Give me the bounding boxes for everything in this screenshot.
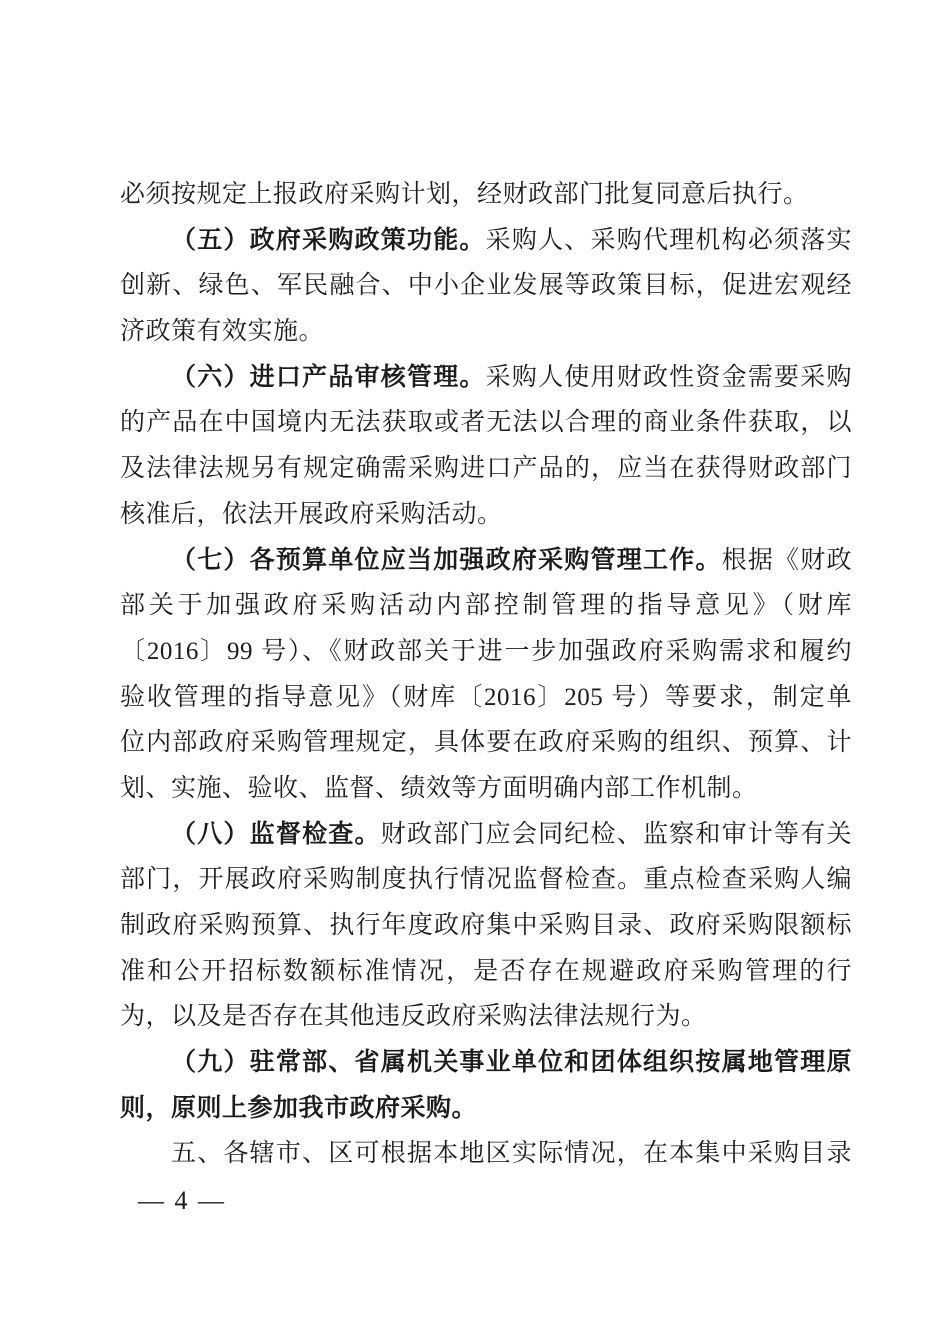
text-line: 为，以及是否存在其他违反政府采购法律法规行为。	[120, 994, 852, 1040]
text-line: 制政府采购预算、执行年度政府集中采购目录、政府采购限额标	[120, 903, 852, 949]
line-text: 济政策有效实施。	[120, 318, 324, 345]
text-line: 部门，开展政府采购制度执行情况监督检查。重点检查采购人编	[120, 857, 852, 903]
text-line: 验收管理的指导意见》（财库〔2016〕205 号）等要求，制定单	[120, 675, 852, 721]
paragraph-head: 则，原则上参加我市政府采购。	[120, 1095, 477, 1122]
line-text: 准和公开招标数额标准情况，是否存在规避政府采购管理的行	[120, 958, 852, 985]
text-line: 的产品在中国境内无法获取或者无法以合理的商业条件获取，以	[120, 400, 852, 446]
line-text: 核准后，依法开展政府采购活动。	[120, 501, 503, 528]
line-text: 创新、绿色、军民融合、中小企业发展等政策目标，促进宏观经	[120, 272, 852, 299]
line-text: 部门，开展政府采购制度执行情况监督检查。重点检查采购人编	[120, 866, 852, 893]
text-line: （七）各预算单位应当加强政府采购管理工作。根据《财政	[120, 538, 852, 584]
page-number: — 4 —	[138, 1186, 226, 1216]
line-text: 制政府采购预算、执行年度政府集中采购目录、政府采购限额标	[120, 912, 852, 939]
paragraph-head: （六）进口产品审核管理。	[171, 364, 486, 391]
text-line: 五、各辖市、区可根据本地区实际情况，在本集中采购目录	[120, 1131, 852, 1177]
text-line: （六）进口产品审核管理。采购人使用财政性资金需要采购	[120, 355, 852, 401]
text-line: 创新、绿色、军民融合、中小企业发展等政策目标，促进宏观经	[120, 263, 852, 309]
line-text: 必须按规定上报政府采购计划，经财政部门批复同意后执行。	[120, 181, 809, 208]
text-line: （八）监督检查。财政部门应会同纪检、监察和审计等有关	[120, 812, 852, 858]
line-text: 采购人、采购代理机构必须落实	[486, 227, 852, 254]
text-line: 济政策有效实施。	[120, 309, 852, 355]
text-line: 必须按规定上报政府采购计划，经财政部门批复同意后执行。	[120, 172, 852, 218]
text-line: 部关于加强政府采购活动内部控制管理的指导意见》（财库	[120, 583, 852, 629]
text-line: （五）政府采购政策功能。采购人、采购代理机构必须落实	[120, 218, 852, 264]
document-body: 必须按规定上报政府采购计划，经财政部门批复同意后执行。 （五）政府采购政策功能。…	[120, 172, 852, 1177]
text-line: 划、实施、验收、监督、绩效等方面明确内部工作机制。	[120, 766, 852, 812]
text-line: 及法律法规另有规定确需采购进口产品的，应当在获得财政部门	[120, 446, 852, 492]
line-text: 五、各辖市、区可根据本地区实际情况，在本集中采购目录	[171, 1140, 852, 1167]
line-text: 〔2016〕99 号）、《财政部关于进一步加强政府采购需求和履约	[120, 638, 852, 665]
paragraph-head: （八）监督检查。	[171, 821, 381, 848]
paragraph-head: （七）各预算单位应当加强政府采购管理工作。	[171, 547, 722, 574]
line-text: 及法律法规另有规定确需采购进口产品的，应当在获得财政部门	[120, 455, 852, 482]
paragraph-head: （九）驻常部、省属机关事业单位和团体组织按属地管理原	[171, 1049, 852, 1076]
paragraph-head: （五）政府采购政策功能。	[171, 227, 486, 254]
line-text: 划、实施、验收、监督、绩效等方面明确内部工作机制。	[120, 775, 758, 802]
text-line: （九）驻常部、省属机关事业单位和团体组织按属地管理原	[120, 1040, 852, 1086]
line-text: 采购人使用财政性资金需要采购	[486, 364, 852, 391]
line-text: 为，以及是否存在其他违反政府采购法律法规行为。	[120, 1003, 707, 1030]
text-line: 位内部政府采购管理规定，具体要在政府采购的组织、预算、计	[120, 720, 852, 766]
text-line: 则，原则上参加我市政府采购。	[120, 1086, 852, 1132]
line-text: 的产品在中国境内无法获取或者无法以合理的商业条件获取，以	[120, 409, 852, 436]
text-line: 〔2016〕99 号）、《财政部关于进一步加强政府采购需求和履约	[120, 629, 852, 675]
text-line: 核准后，依法开展政府采购活动。	[120, 492, 852, 538]
line-text: 财政部门应会同纪检、监察和审计等有关	[381, 821, 852, 848]
text-line: 准和公开招标数额标准情况，是否存在规避政府采购管理的行	[120, 949, 852, 995]
line-text: 部关于加强政府采购活动内部控制管理的指导意见》（财库	[120, 592, 852, 619]
document-page: 必须按规定上报政府采购计划，经财政部门批复同意后执行。 （五）政府采购政策功能。…	[0, 0, 950, 1344]
line-text: 验收管理的指导意见》（财库〔2016〕205 号）等要求，制定单	[120, 684, 852, 711]
line-text: 根据《财政	[722, 547, 852, 574]
line-text: 位内部政府采购管理规定，具体要在政府采购的组织、预算、计	[120, 729, 852, 756]
